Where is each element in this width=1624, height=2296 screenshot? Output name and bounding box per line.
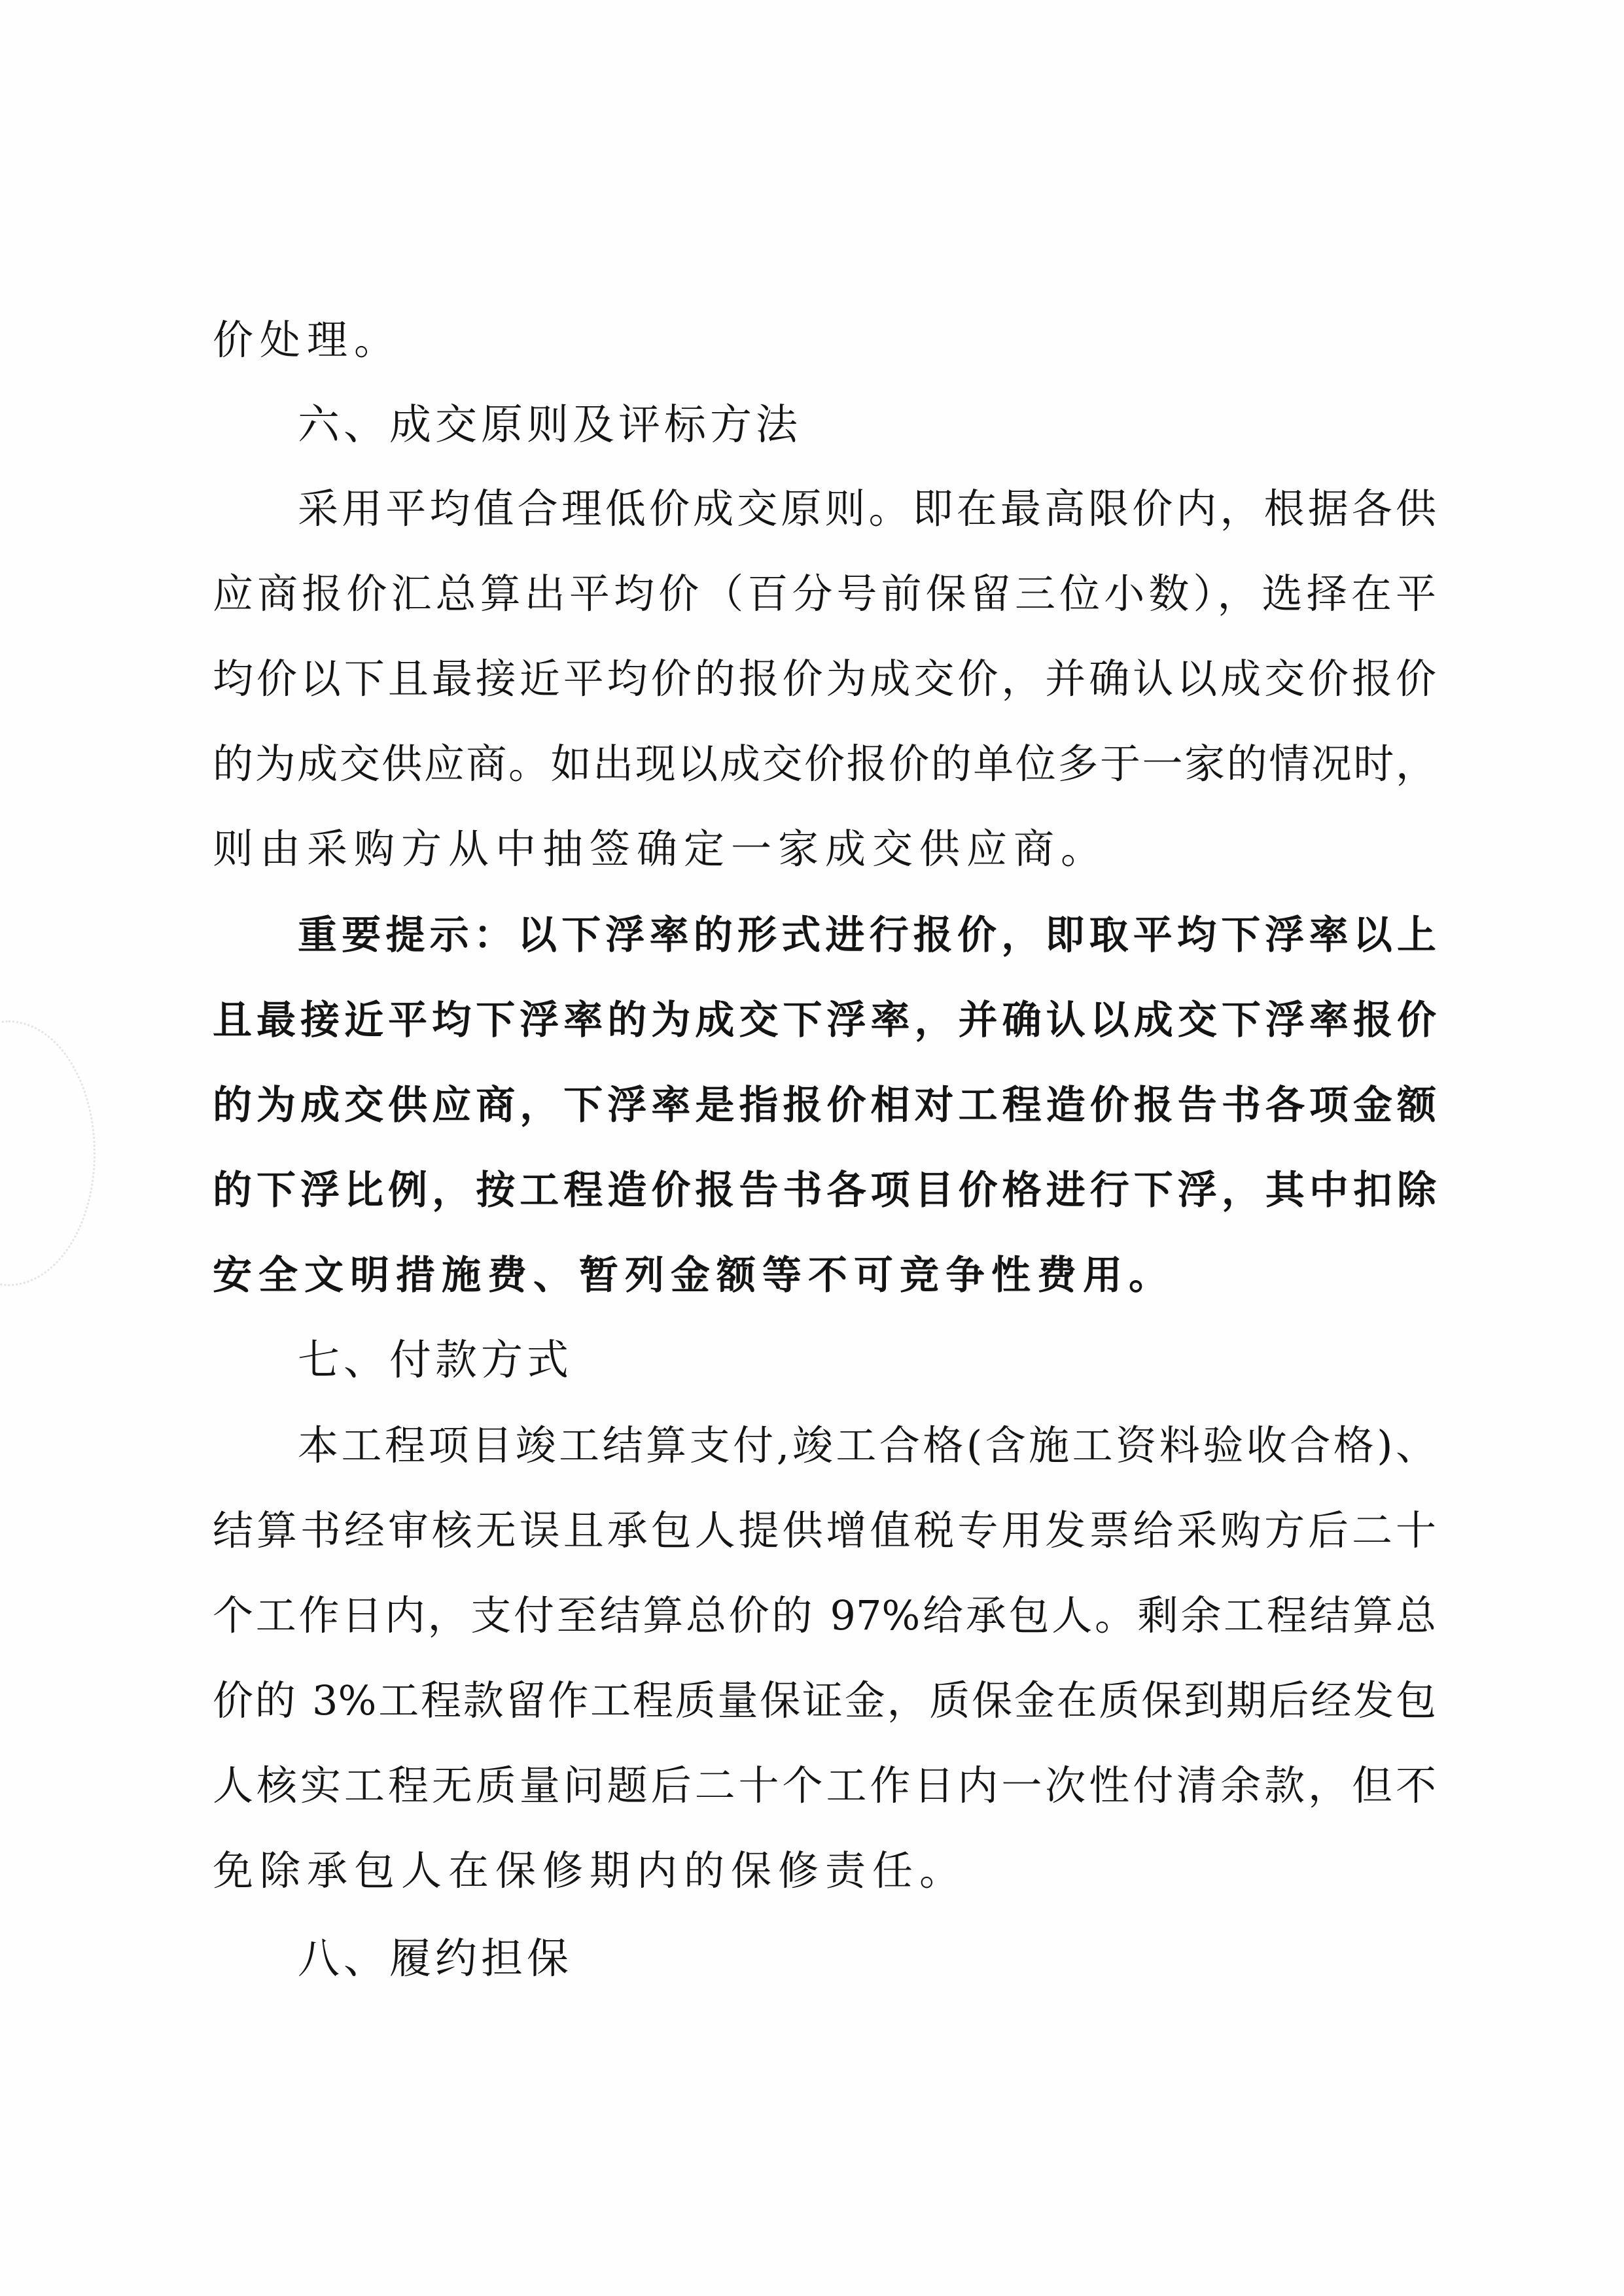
section-6-paragraph-line: 应商报价汇总算出平均价（百分号前保留三位小数），选择在平 <box>213 561 1436 627</box>
section-7-paragraph-line: 结算书经审核无误且承包人提供增值税专用发票给采购方后二十 <box>213 1498 1436 1563</box>
section-6-paragraph-line: 则由采购方从中抽签确定一家成交供应商。 <box>213 816 1436 882</box>
section-6-heading: 六、成交原则及评标方法 <box>298 392 802 458</box>
section-6-paragraph-line: 均价以下且最接近平均价的报价为成交价，并确认以成交价报价 <box>213 646 1436 712</box>
section-7-heading: 七、付款方式 <box>298 1328 573 1393</box>
faint-seal-mark <box>0 1020 96 1286</box>
section-8-heading: 八、履约担保 <box>298 1926 573 1992</box>
section-6-paragraph-line: 采用平均值合理低价成交原则。即在最高限价内，根据各供 <box>298 476 1436 542</box>
continuation-text: 价处理。 <box>213 307 1436 373</box>
document-page: 价处理。 六、成交原则及评标方法 采用平均值合理低价成交原则。即在最高限价内，根… <box>0 0 1624 2296</box>
important-notice-line: 且最接近平均下浮率的为成交下浮率，并确认以成交下浮率报价 <box>213 988 1436 1053</box>
important-notice-line: 的下浮比例，按工程造价报告书各项目价格进行下浮，其中扣除 <box>213 1158 1436 1223</box>
section-7-paragraph-line: 人核实工程无质量问题后二十个工作日内一次性付清余款，但不 <box>213 1753 1436 1818</box>
section-7-paragraph-line: 本工程项目竣工结算支付,竣工合格(含施工资料验收合格)、 <box>298 1413 1436 1478</box>
section-7-paragraph-line: 价的 3%工程款留作工程质量保证金，质保金在质保到期后经发包 <box>213 1668 1436 1733</box>
important-notice-line: 安全文明措施费、暂列金额等不可竞争性费用。 <box>213 1243 1436 1308</box>
section-6-paragraph-line: 的为成交供应商。如出现以成交价报价的单位多于一家的情况时， <box>213 731 1436 797</box>
section-7-paragraph-line: 免除承包人在保修期内的保修责任。 <box>213 1838 1436 1904</box>
important-notice-line: 重要提示：以下浮率的形式进行报价，即取平均下浮率以上 <box>298 903 1436 968</box>
section-7-paragraph-line: 个工作日内，支付至结算总价的 97%给承包人。剩余工程结算总 <box>213 1583 1436 1648</box>
important-notice-line: 的为成交供应商，下浮率是指报价相对工程造价报告书各项金额 <box>213 1073 1436 1138</box>
